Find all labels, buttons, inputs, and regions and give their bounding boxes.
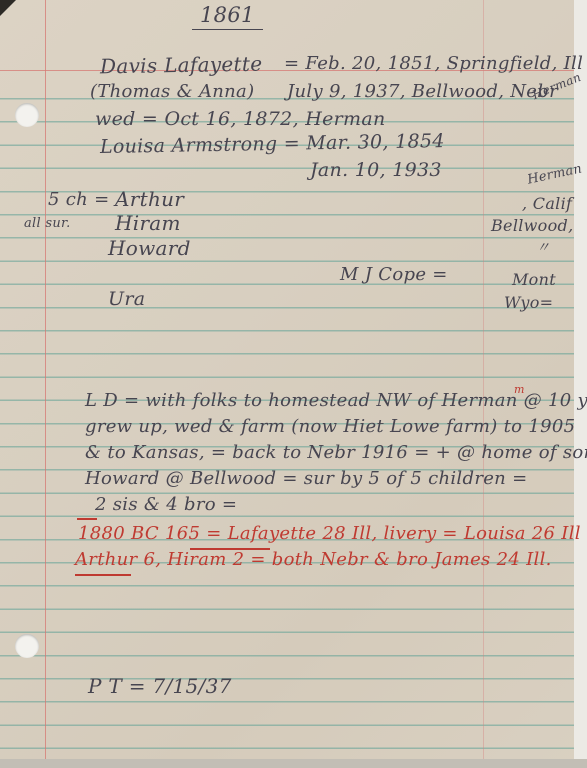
narrative-line-3: & to Kansas, = back to Nebr 1916 = + @ h… xyxy=(85,444,587,462)
census-underline-arthur xyxy=(75,574,131,576)
child-spouse: M J Cope = xyxy=(340,266,448,284)
wife-line: Louisa Armstrong = Mar. 30, 1854 xyxy=(100,132,445,157)
children-survive-note: all sur. xyxy=(24,217,71,230)
footer-date: P T = 7/15/37 xyxy=(88,676,232,696)
child-hiram: Hiram xyxy=(115,213,181,233)
narrative-line-1: L D = with folks to homestead NW of Herm… xyxy=(85,392,587,410)
child-arthur: Arthur xyxy=(115,189,184,209)
wife-death: Jan. 10, 1933 xyxy=(310,161,442,180)
marriage-line: wed = Oct 16, 1872, Herman xyxy=(95,110,386,129)
left-margin-rule xyxy=(45,0,46,760)
margin-note-calif: , Calif xyxy=(522,196,572,212)
hole-punch-top xyxy=(15,103,39,127)
husband-birth: = Feb. 20, 1851, Springfield, Ill xyxy=(284,55,583,73)
husband-parents: (Thomas & Anna) xyxy=(90,83,254,101)
margin-note-wyo: Wyo= xyxy=(504,295,553,311)
page-edge-right xyxy=(574,0,587,768)
census-line-2: Arthur 6, Hiram 2 = both Nebr & bro Jame… xyxy=(75,551,552,569)
narrative-line-2: grew up, wed & farm (now Hiet Lowe farm)… xyxy=(85,418,575,436)
red-tick-mark xyxy=(77,518,97,520)
page-edge-bottom xyxy=(0,759,587,768)
margin-note-bellwood: Bellwood, xyxy=(491,218,573,234)
margin-note-mont: Mont xyxy=(512,272,556,288)
husband-death: July 9, 1937, Bellwood, Nebr xyxy=(287,83,558,101)
narrative-line-4: Howard @ Bellwood = sur by 5 of 5 childr… xyxy=(85,470,527,488)
census-line-1: 1880 BC 165 = Lafayette 28 Ill, livery =… xyxy=(78,525,581,543)
notebook-page: 1861 Davis Lafayette = Feb. 20, 1851, Sp… xyxy=(0,0,587,768)
children-count: 5 ch = xyxy=(48,191,109,209)
child-howard: Howard xyxy=(108,238,191,258)
child-ura: Ura xyxy=(108,290,145,309)
margin-note-ditto: 〃 xyxy=(536,241,550,255)
right-margin-rule xyxy=(483,0,484,760)
husband-name: Davis Lafayette xyxy=(100,54,263,77)
corner-shadow xyxy=(0,0,16,16)
narrative-superscript-m: m xyxy=(514,384,525,395)
narrative-line-5: 2 sis & 4 bro = xyxy=(95,496,237,514)
year-title: 1861 xyxy=(192,5,263,30)
hole-punch-bottom xyxy=(15,634,39,658)
